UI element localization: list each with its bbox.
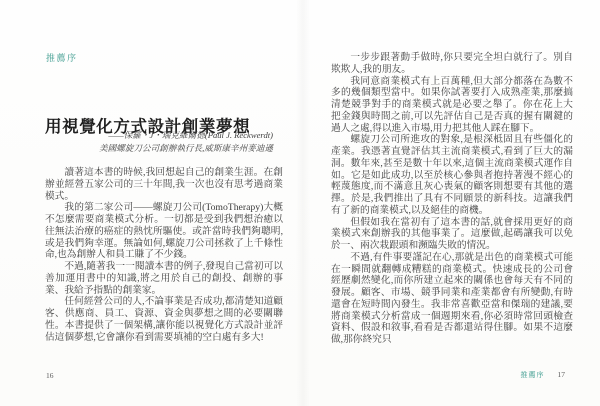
attribution-line-2: 美國螺旋刀公司創辦執行長,威斯康辛州麥迪遜 bbox=[99, 142, 273, 155]
right-page-body: 一步步跟著動手做時,你只要完全坦白就行了。別自欺欺人,我的朋友。 我同意商業模式… bbox=[331, 52, 573, 346]
paragraph: 螺旋刀公司所進攻的對象,是根深柢固且有些僵化的產業。我憑著直覺評估其主流商業模式… bbox=[331, 134, 573, 216]
left-page: 推薦序 用視覺化方式設計創業夢想 ——保羅・J・瑞克維爾德(Paul J. Re… bbox=[45, 0, 283, 406]
left-page-body: 讀著這本書的時候,我回想起自己的創業生涯。在創辦並經營五家公司的三十年間,我一次… bbox=[45, 167, 283, 343]
page-number: 16 bbox=[46, 371, 54, 380]
author-attribution: ——保羅・J・瑞克維爾德(Paul J. Reckwerdt) 美國螺旋刀公司創… bbox=[99, 129, 273, 155]
paragraph: 任何經營公司的人,不論事業是否成功,都清楚知道顧客、供應商、員工、資源、資金與夢… bbox=[45, 296, 283, 343]
paragraph: 但假如我在當初有了這本書的話,就會採用更好的商業模式來創辦我的其他事業了。這麼做… bbox=[331, 217, 573, 252]
right-page: 一步步跟著動手做時,你只要完全坦白就行了。別自欺欺人,我的朋友。 我同意商業模式… bbox=[331, 0, 573, 406]
paragraph: 不過,有件事要謹記在心,那就是出色的商業模式可能在一瞬間就翻轉成糟糕的商業模式。… bbox=[331, 252, 573, 346]
footer-section-label: 推薦序 bbox=[521, 370, 545, 380]
paragraph: 不過,隨著我一一閱讀本書的例子,發現自己當初可以善加運用書中的知識,將之用於自己… bbox=[45, 261, 283, 296]
paragraph: 一步步跟著動手做時,你只要完全坦白就行了。別自欺欺人,我的朋友。 bbox=[331, 52, 573, 76]
book-spread: 推薦序 用視覺化方式設計創業夢想 ——保羅・J・瑞克維爾德(Paul J. Re… bbox=[0, 0, 600, 406]
paragraph: 我的第二家公司——螺旋刀公司(TomoTherapy)大概不怎麼需要商業模式分析… bbox=[45, 202, 283, 261]
paragraph: 我同意商業模式有上百萬種,但大部分都落在為數不多的幾個類型當中。如果你試著要打入… bbox=[331, 76, 573, 135]
page-gutter bbox=[296, 0, 310, 406]
paragraph: 讀著這本書的時候,我回想起自己的創業生涯。在創辦並經營五家公司的三十年間,我一次… bbox=[45, 167, 283, 202]
section-label: 推薦序 bbox=[46, 51, 78, 64]
attribution-line-1: ——保羅・J・瑞克維爾德(Paul J. Reckwerdt) bbox=[99, 129, 273, 142]
page-footer: 推薦序 17 bbox=[521, 370, 566, 380]
page-number: 17 bbox=[558, 370, 566, 379]
